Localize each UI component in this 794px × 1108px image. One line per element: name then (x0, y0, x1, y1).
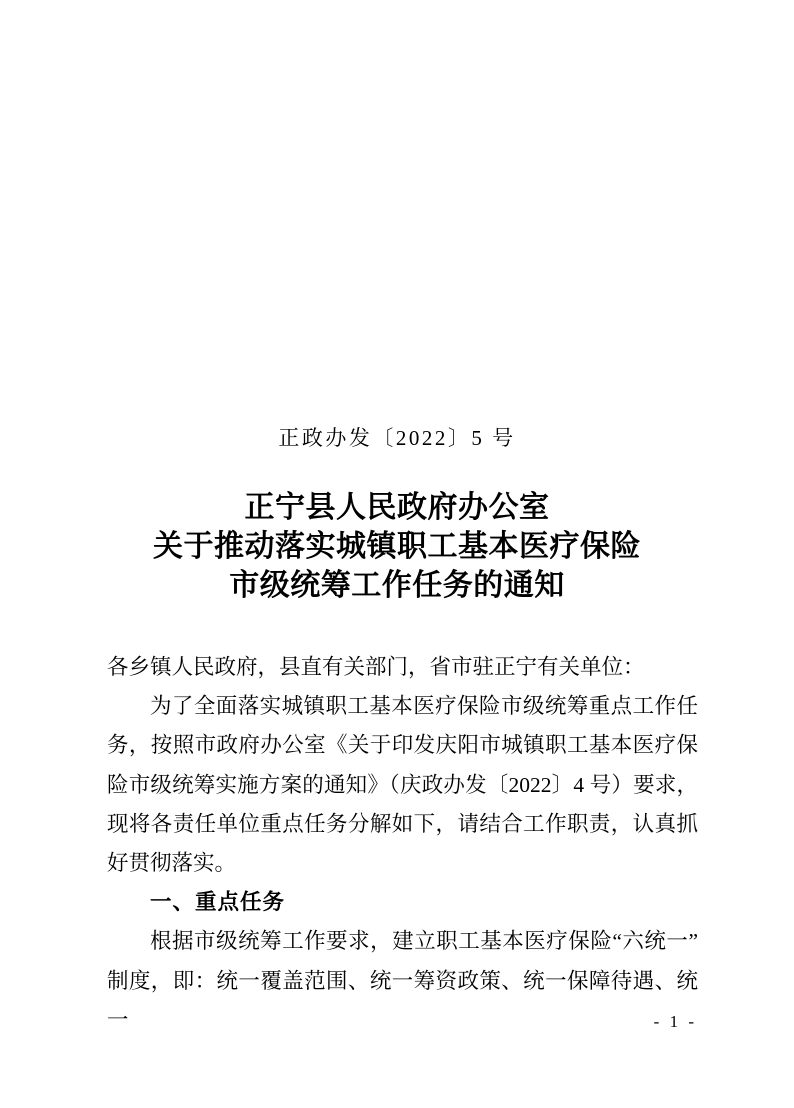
doc-number: 正政办发〔2022〕5 号 (0, 422, 794, 452)
title-line-1: 正宁县人民政府办公室 (0, 488, 794, 527)
body-paragraph-2: 根据市级统筹工作要求，建立职工基本医疗保险“六统一”制度，即：统一覆盖范围、统一… (107, 922, 698, 1040)
body-paragraph-1: 为了全面落实城镇职工基本医疗保险市级统筹重点工作任务，按照市政府办公室《关于印发… (107, 687, 698, 883)
section-heading: 一、重点任务 (107, 883, 698, 922)
title-line-3: 市级统筹工作任务的通知 (0, 566, 794, 605)
document-page: 正政办发〔2022〕5 号 正宁县人民政府办公室 关于推动落实城镇职工基本医疗保… (0, 0, 794, 1108)
document-title: 正宁县人民政府办公室 关于推动落实城镇职工基本医疗保险 市级统筹工作任务的通知 (0, 488, 794, 605)
title-line-2: 关于推动落实城镇职工基本医疗保险 (0, 527, 794, 566)
document-body: 各乡镇人民政府，县直有关部门，省市驻正宁有关单位： 为了全面落实城镇职工基本医疗… (107, 648, 698, 1040)
salutation: 各乡镇人民政府，县直有关部门，省市驻正宁有关单位： (107, 648, 698, 687)
page-number: - 1 - (654, 1012, 697, 1032)
